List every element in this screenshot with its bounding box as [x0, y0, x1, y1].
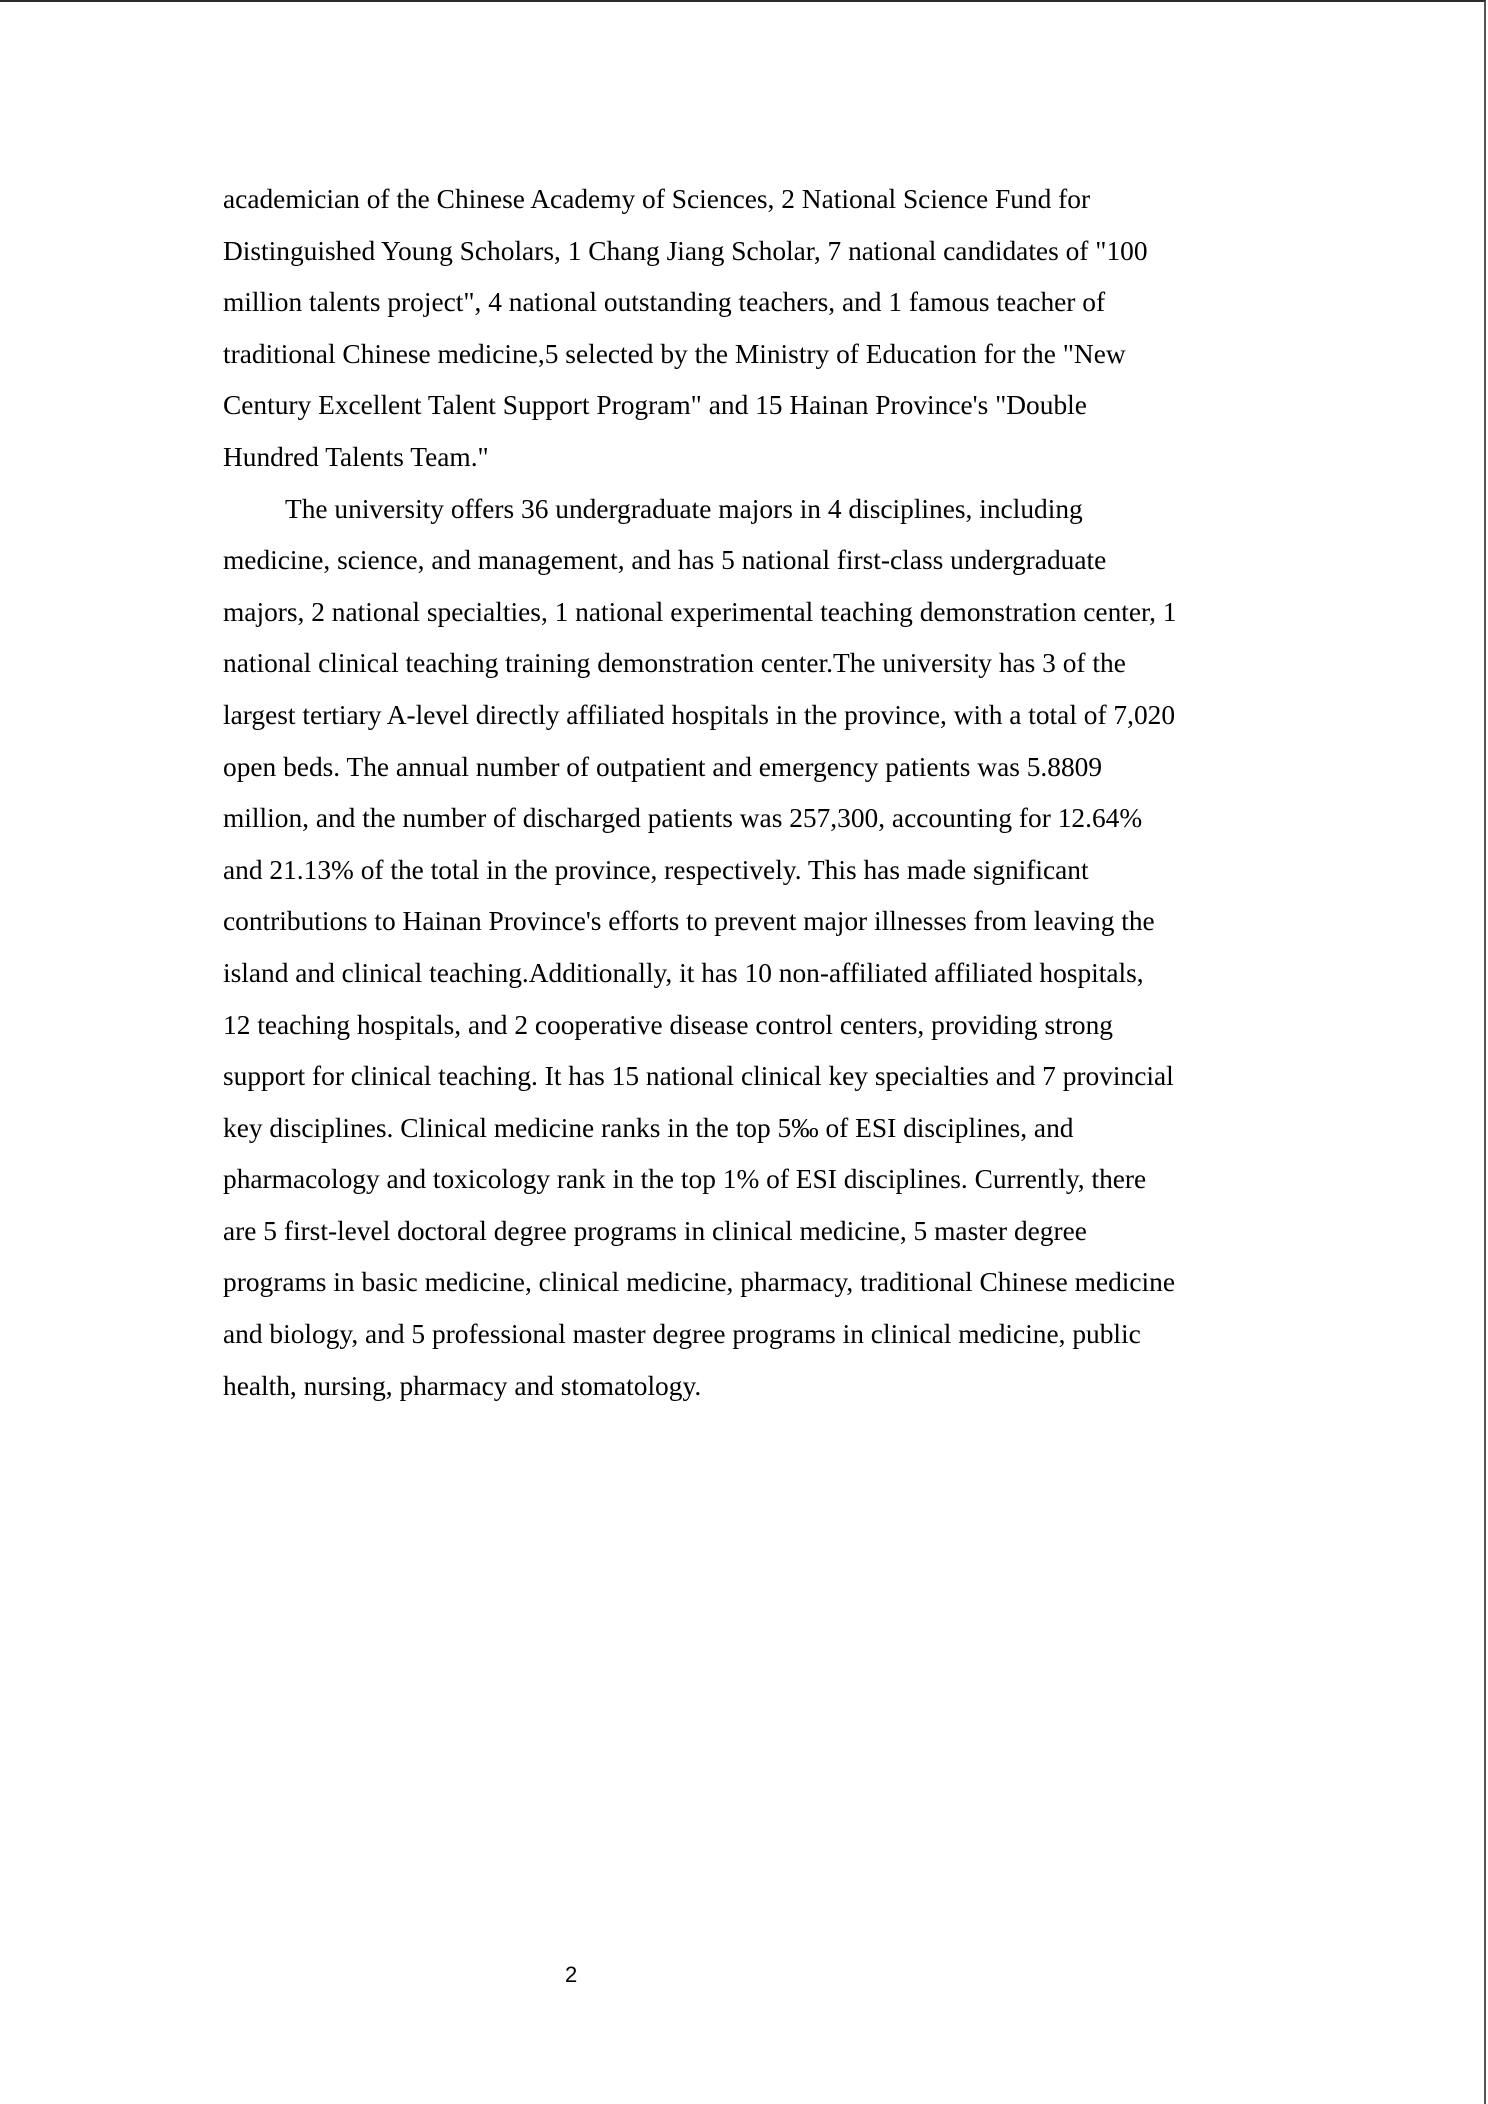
text-line: medicine, science, and management, and h…: [223, 535, 1303, 587]
text-line: and biology, and 5 professional master d…: [223, 1309, 1303, 1361]
paragraph-1: academician of the Chinese Academy of Sc…: [223, 174, 1303, 484]
text-line: The university offers 36 undergraduate m…: [223, 484, 1303, 536]
page-number: 2: [565, 1962, 577, 1988]
text-line: open beds. The annual number of outpatie…: [223, 742, 1303, 794]
paragraph-2: The university offers 36 undergraduate m…: [223, 484, 1303, 1413]
body-text: academician of the Chinese Academy of Sc…: [223, 174, 1303, 1412]
text-line: million talents project", 4 national out…: [223, 277, 1303, 329]
text-line: million, and the number of discharged pa…: [223, 793, 1303, 845]
text-line: health, nursing, pharmacy and stomatolog…: [223, 1361, 1303, 1413]
text-line: Century Excellent Talent Support Program…: [223, 380, 1303, 432]
text-line: are 5 first-level doctoral degree progra…: [223, 1206, 1303, 1258]
text-line: 12 teaching hospitals, and 2 cooperative…: [223, 1000, 1303, 1052]
text-line: contributions to Hainan Province's effor…: [223, 896, 1303, 948]
text-line: island and clinical teaching.Additionall…: [223, 948, 1303, 1000]
text-line: key disciplines. Clinical medicine ranks…: [223, 1103, 1303, 1155]
text-line: support for clinical teaching. It has 15…: [223, 1051, 1303, 1103]
text-line: largest tertiary A-level directly affili…: [223, 690, 1303, 742]
text-line: majors, 2 national specialties, 1 nation…: [223, 587, 1303, 639]
text-line: traditional Chinese medicine,5 selected …: [223, 329, 1303, 381]
text-line: pharmacology and toxicology rank in the …: [223, 1154, 1303, 1206]
document-page: academician of the Chinese Academy of Sc…: [0, 0, 1486, 2104]
text-line: and 21.13% of the total in the province,…: [223, 845, 1303, 897]
text-line: Distinguished Young Scholars, 1 Chang Ji…: [223, 226, 1303, 278]
text-line: Hundred Talents Team.": [223, 432, 1303, 484]
text-line: academician of the Chinese Academy of Sc…: [223, 174, 1303, 226]
text-line: programs in basic medicine, clinical med…: [223, 1257, 1303, 1309]
text-line: national clinical teaching training demo…: [223, 638, 1303, 690]
